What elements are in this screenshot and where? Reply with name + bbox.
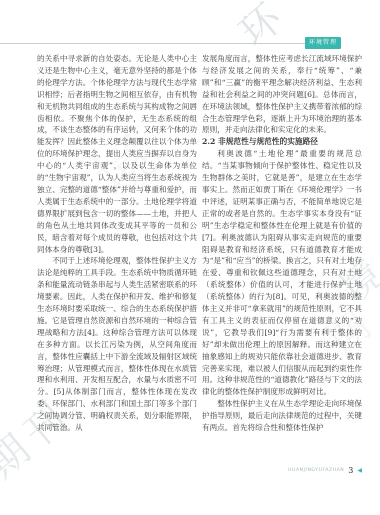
- page-number: 3: [348, 466, 353, 475]
- paragraph: 发展角度而言，整体性应考虑长江流域环境保护与经济发展之间的关系，奉行“统筹”、“…: [202, 53, 362, 136]
- header-rule: [0, 43, 306, 44]
- journal-name: HUANJINGYUFAZHAN: [288, 468, 344, 473]
- section-badge: 环境管理: [305, 37, 341, 49]
- paragraph: 利奥波德“土地伦理”最重要的规范总结。“当某事物倾向于保护整体性、稳定性以及生物…: [202, 148, 362, 398]
- page-footer: HUANJINGYUFAZHAN 3 ◀: [288, 466, 362, 475]
- paragraph: 不同于上述环境伦理观，整体性保护主义方法论是纯粹的工具手段。生态系统中物质循环链…: [37, 255, 197, 434]
- left-column: 的关系中寻求新的自处姿态。无论是人类中心主义还是生物中心主义，毫无意外坚持的都是…: [37, 53, 197, 434]
- journal-page: 环境 环 境 期 期刊 环境管理 的关系中寻求新的自处姿态。无论是人类中心主义还…: [0, 0, 380, 515]
- footer-arrow-icon: ◀: [357, 468, 362, 474]
- watermark-text: 环: [225, 0, 298, 58]
- subsection-heading: 2.2 非规范性与规范性的实施路径: [202, 136, 362, 148]
- paragraph: 的关系中寻求新的自处姿态。无论是人类中心主义还是生物中心主义，毫无意外坚持的都是…: [37, 53, 197, 255]
- right-column: 发展角度而言，整体性应考虑长江流域环境保护与经济发展之间的关系，奉行“统筹”、“…: [202, 53, 362, 434]
- article-body: 的关系中寻求新的自处姿态。无论是人类中心主义还是生物中心主义，毫无意外坚持的都是…: [37, 53, 362, 434]
- paragraph: 整体性保护主义在从生态学理论走向环境保护指导原则，最后走向法律规范的过程中，关键…: [202, 398, 362, 434]
